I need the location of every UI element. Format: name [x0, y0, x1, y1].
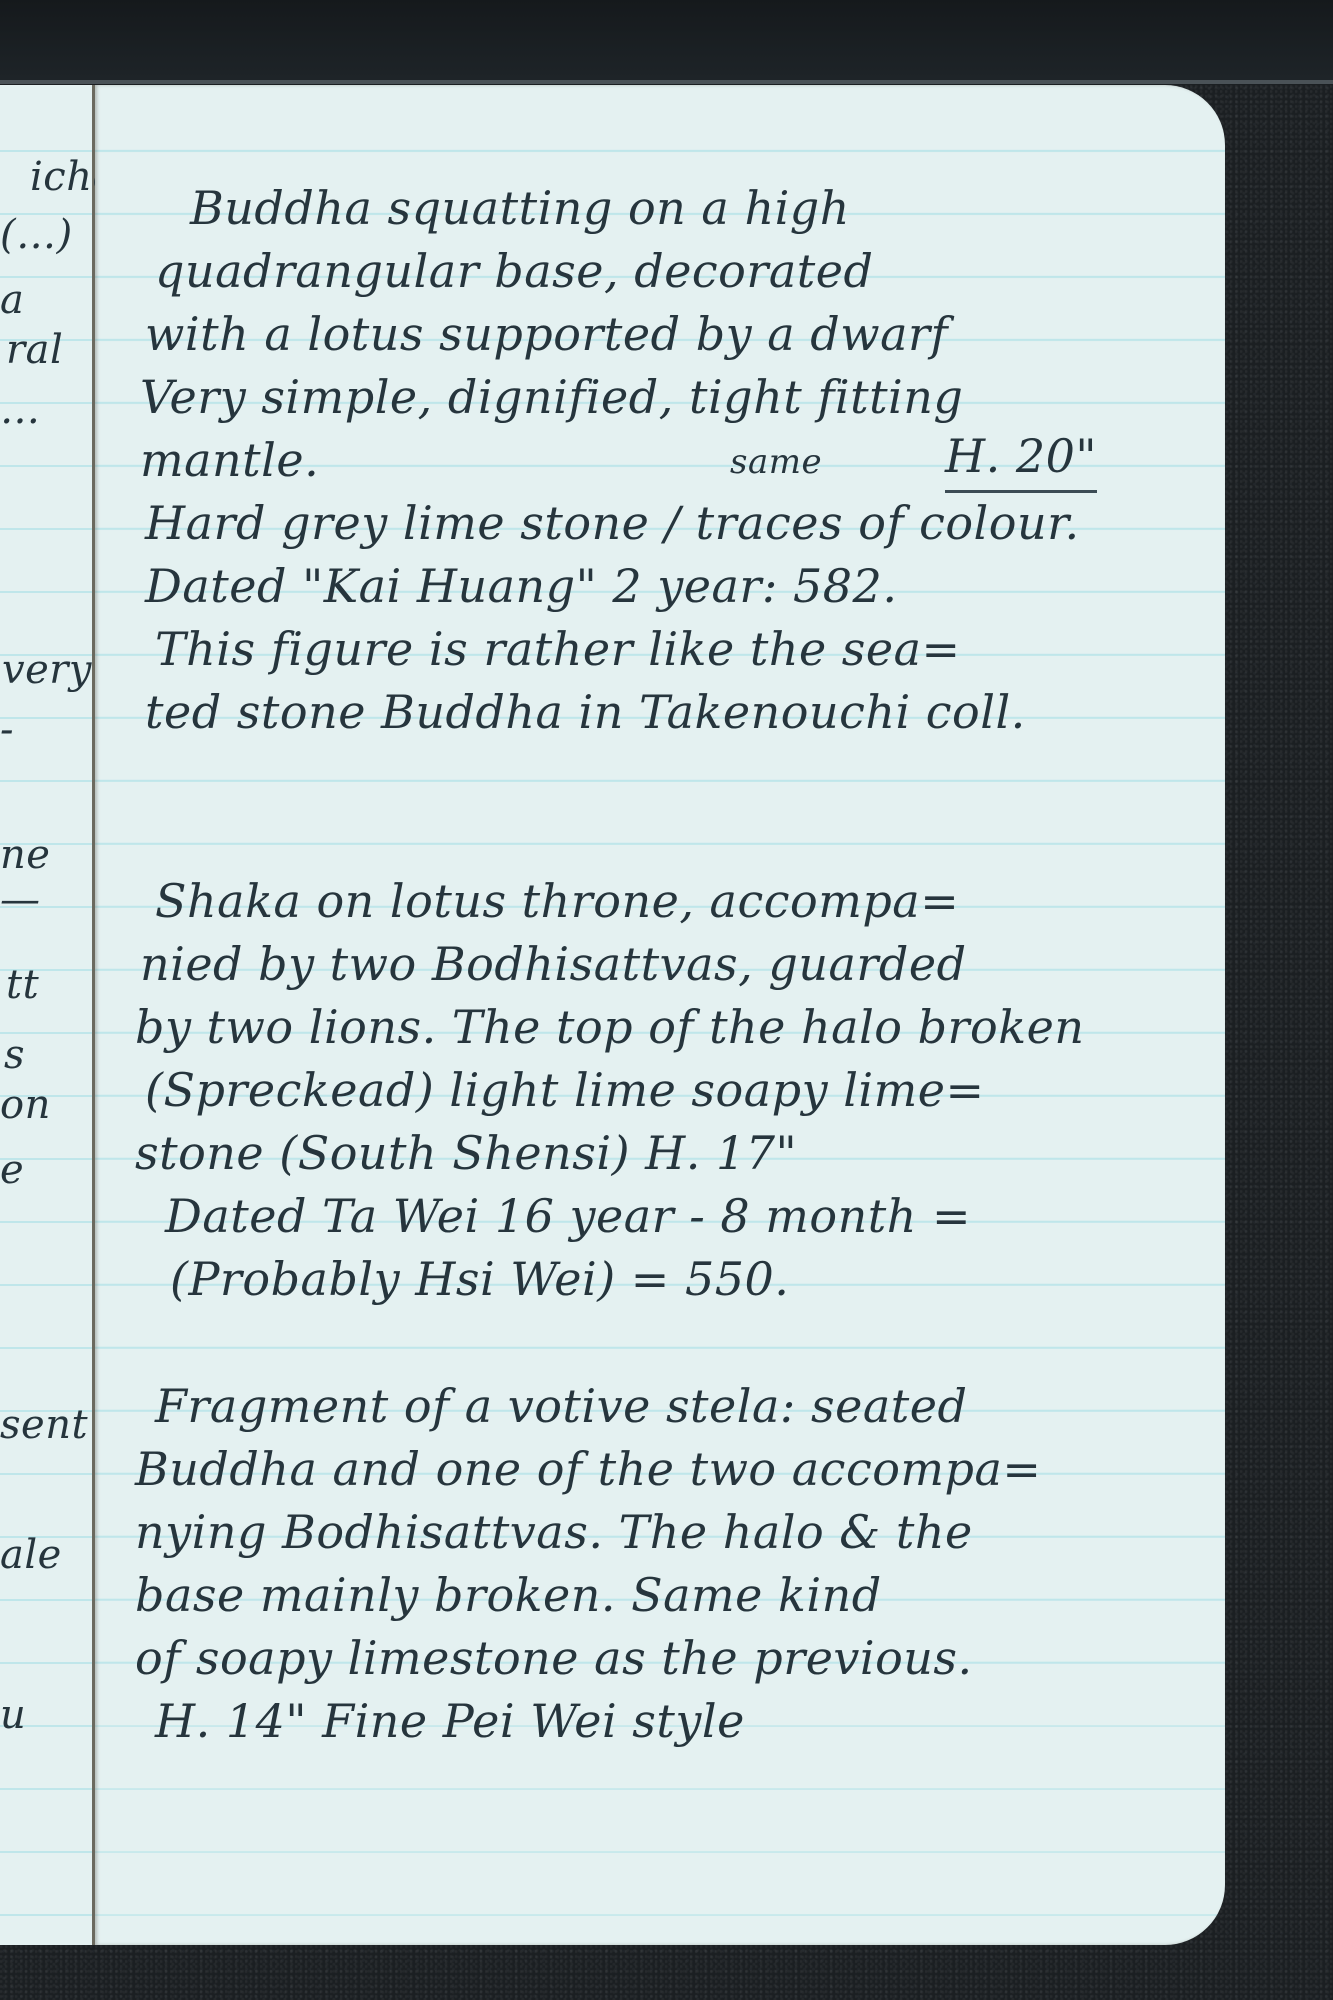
left-fragment: -	[0, 710, 14, 750]
entry-line: Shaka on lotus throne, accompa=	[155, 870, 959, 933]
entry-line: with a lotus supported by a dwarf	[145, 303, 948, 366]
right-page: Buddha squatting on a high quadrangular …	[95, 85, 1225, 1945]
entry-line: Very simple, dignified, tight fitting	[140, 366, 963, 429]
entry-line: (Probably Hsi Wei) = 550.	[170, 1248, 789, 1311]
left-fragment: tt	[6, 965, 39, 1005]
left-fragment: —	[0, 880, 41, 920]
entry-line: ted stone Buddha in Takenouchi coll.	[145, 681, 1026, 744]
entry-line: Buddha and one of the two accompa=	[135, 1438, 1041, 1501]
entry-line: Fragment of a votive stela: seated	[155, 1375, 967, 1438]
entry-line: quadrangular base, decorated	[155, 240, 873, 303]
entry-line: by two lions. The top of the halo broken	[135, 996, 1084, 1059]
left-page: iche (…) a ral … very - ne — tt s on e s…	[0, 85, 95, 1945]
entry-line: This figure is rather like the sea=	[155, 618, 961, 681]
insertion-note: same	[730, 445, 822, 479]
left-fragment: a	[0, 280, 24, 320]
height-note: H. 20"	[945, 425, 1097, 493]
entry-line: nying Bodhisattvas. The halo & the	[135, 1501, 973, 1564]
left-fragment: u	[0, 1695, 26, 1735]
entry-line: stone (South Shensi) H. 17"	[135, 1122, 797, 1185]
left-fragment: (…)	[0, 215, 73, 255]
left-fragment: on	[0, 1085, 51, 1125]
entry-line: base mainly broken. Same kind	[135, 1564, 882, 1627]
entry-line: of soapy limestone as the previous.	[135, 1627, 973, 1690]
entry-line: Dated "Kai Huang" 2 year: 582.	[145, 555, 897, 618]
left-fragment: …	[0, 390, 41, 430]
entry-line: Hard grey lime stone / traces of colour.	[145, 492, 1080, 555]
entry-line: Dated Ta Wei 16 year - 8 month =	[165, 1185, 971, 1248]
entry-line: mantle.	[140, 429, 319, 492]
left-fragment: e	[0, 1150, 24, 1190]
left-fragment: sent	[0, 1405, 88, 1445]
entry-line: Buddha squatting on a high	[190, 177, 850, 240]
left-fragment: s	[4, 1035, 25, 1075]
entry-line: nied by two Bodhisattvas, guarded	[140, 933, 967, 996]
left-fragment: ale	[0, 1535, 62, 1575]
left-fragment: very	[2, 650, 92, 690]
left-fragment: ral	[6, 330, 63, 370]
left-fragment: ne	[0, 835, 50, 875]
entry-line: H. 14" Fine Pei Wei style	[155, 1690, 745, 1753]
plastic-sleeve-strip	[0, 0, 1333, 84]
entry-line: (Spreckead) light lime soapy lime=	[145, 1059, 985, 1122]
